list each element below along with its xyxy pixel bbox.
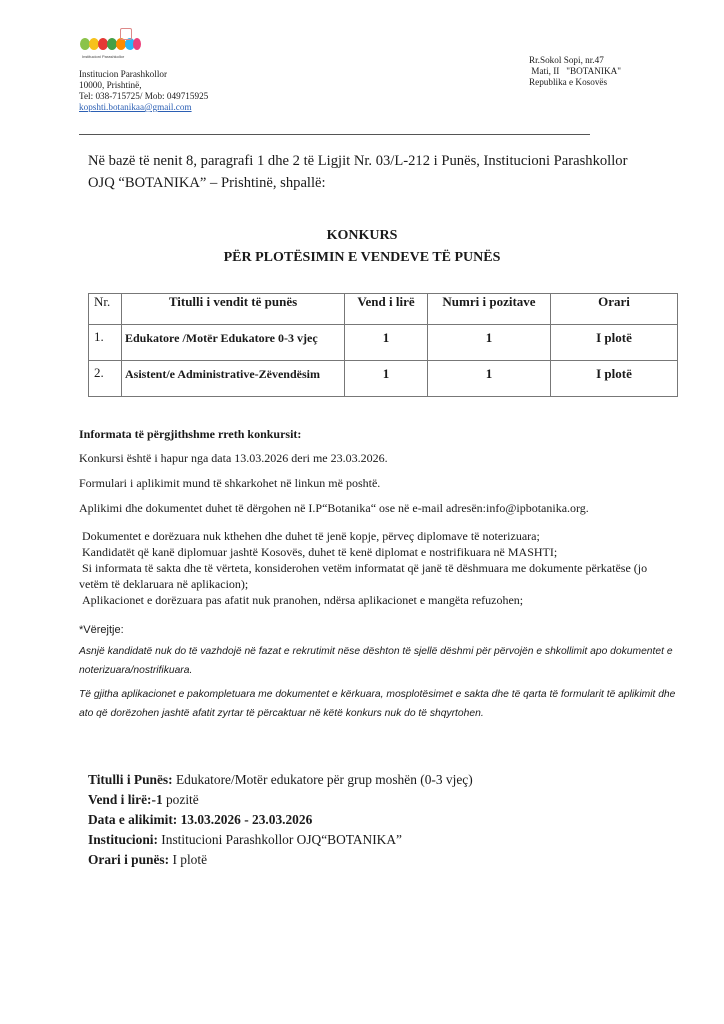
cell-title: Edukatore /Motër Edukatore 0-3 vjeç xyxy=(122,325,345,361)
summary-vacancies: Vend i lirë:-1 pozitë xyxy=(88,790,473,810)
header-location: Mati, II "BOTANIKA" xyxy=(529,66,621,77)
summary-label: Data e alikimit: 13.03.2026 - 23.03.2026 xyxy=(88,812,312,827)
info-submission: Aplikimi dhe dokumentet duhet të dërgohe… xyxy=(79,501,589,516)
col-header-vend: Vend i lirë xyxy=(345,294,428,325)
summary-label: Vend i lirë:-1 xyxy=(88,792,163,807)
table-header-row: Nr. Titulli i vendit të punës Vend i lir… xyxy=(89,294,678,325)
requirement-item: Kandidatët që kanë diplomuar jashtë Koso… xyxy=(79,544,679,560)
col-header-title: Titulli i vendit të punës xyxy=(122,294,345,325)
note-paragraph-2: Të gjitha aplikacionet e pakompletuara m… xyxy=(79,685,679,723)
logo-jar-icon xyxy=(120,28,132,40)
summary-label: Institucioni: xyxy=(88,832,158,847)
summary-value: pozitë xyxy=(163,792,199,807)
note-heading: *Vërejtje: xyxy=(79,624,124,636)
job-summary: Titulli i Punës: Edukatore/Motër edukato… xyxy=(88,770,473,870)
header-contact-left: Institucion Parashkollor 10000, Prishtin… xyxy=(79,69,208,113)
info-form-download: Formulari i aplikimit mund të shkarkohet… xyxy=(79,476,380,491)
logo-bubbles-icon xyxy=(80,38,142,52)
header-divider xyxy=(79,134,590,135)
header-country: Republika e Kosovës xyxy=(529,77,621,88)
cell-numri: 1 xyxy=(428,325,551,361)
table-row: 1. Edukatore /Motër Edukatore 0-3 vjeç 1… xyxy=(89,325,678,361)
summary-value: I plotë xyxy=(169,852,207,867)
cell-title: Asistent/e Administrative-Zëvendësim xyxy=(122,361,345,397)
positions-table: Nr. Titulli i vendit të punës Vend i lir… xyxy=(88,293,678,397)
col-header-nr: Nr. xyxy=(89,294,122,325)
header-street: Rr.Sokol Sopi, nr.47 xyxy=(529,55,621,66)
summary-dates: Data e alikimit: 13.03.2026 - 23.03.2026 xyxy=(88,810,473,830)
requirement-item: Aplikacionet e dorëzuara pas afatit nuk … xyxy=(79,592,679,608)
cell-vend: 1 xyxy=(345,361,428,397)
cell-vend: 1 xyxy=(345,325,428,361)
requirement-item: Si informata të sakta dhe të vërteta, ko… xyxy=(79,560,679,592)
info-requirements: Dokumentet e dorëzuara nuk kthehen dhe d… xyxy=(79,528,679,608)
cell-orari: I plotë xyxy=(551,325,678,361)
summary-title: Titulli i Punës: Edukatore/Motër edukato… xyxy=(88,770,473,790)
cell-numri: 1 xyxy=(428,361,551,397)
botanika-logo: Institucioni Parashkollor xyxy=(80,32,142,62)
cell-orari: I plotë xyxy=(551,361,678,397)
header-email-link[interactable]: kopshti.botanikaa@gmail.com xyxy=(79,102,208,113)
summary-value: Edukatore/Motër edukatore për grup moshë… xyxy=(173,772,473,787)
table-row: 2. Asistent/e Administrative-Zëvendësim … xyxy=(89,361,678,397)
note-paragraph-1: Asnjë kandidatë nuk do të vazhdojë në fa… xyxy=(79,642,679,680)
summary-label: Orari i punës: xyxy=(88,852,169,867)
header-address-right: Rr.Sokol Sopi, nr.47 Mati, II "BOTANIKA"… xyxy=(529,55,621,88)
intro-paragraph: Në bazë të nenit 8, paragrafi 1 dhe 2 të… xyxy=(88,150,638,194)
page-title: KONKURS xyxy=(0,228,724,244)
col-header-numri: Numri i pozitave xyxy=(428,294,551,325)
summary-hours: Orari i punës: I plotë xyxy=(88,850,473,870)
logo-caption: Institucioni Parashkollor xyxy=(82,54,124,59)
page-subtitle: PËR PLOTËSIMIN E VENDEVE TË PUNËS xyxy=(0,250,724,266)
cell-nr: 1. xyxy=(89,325,122,361)
header-phone: Tel: 038-715725/ Mob: 049715925 xyxy=(79,91,208,102)
col-header-orari: Orari xyxy=(551,294,678,325)
summary-value: Institucioni Parashkollor OJQ“BOTANIKA” xyxy=(158,832,402,847)
header-institution: Institucion Parashkollor xyxy=(79,69,208,80)
summary-institution: Institucioni: Institucioni Parashkollor … xyxy=(88,830,473,850)
info-heading: Informata të përgjithshme rreth konkursi… xyxy=(79,427,301,442)
cell-nr: 2. xyxy=(89,361,122,397)
header-city: 10000, Prishtinë, xyxy=(79,80,208,91)
requirement-item: Dokumentet e dorëzuara nuk kthehen dhe d… xyxy=(79,528,679,544)
info-dates: Konkursi është i hapur nga data 13.03.20… xyxy=(79,451,388,466)
summary-label: Titulli i Punës: xyxy=(88,772,173,787)
